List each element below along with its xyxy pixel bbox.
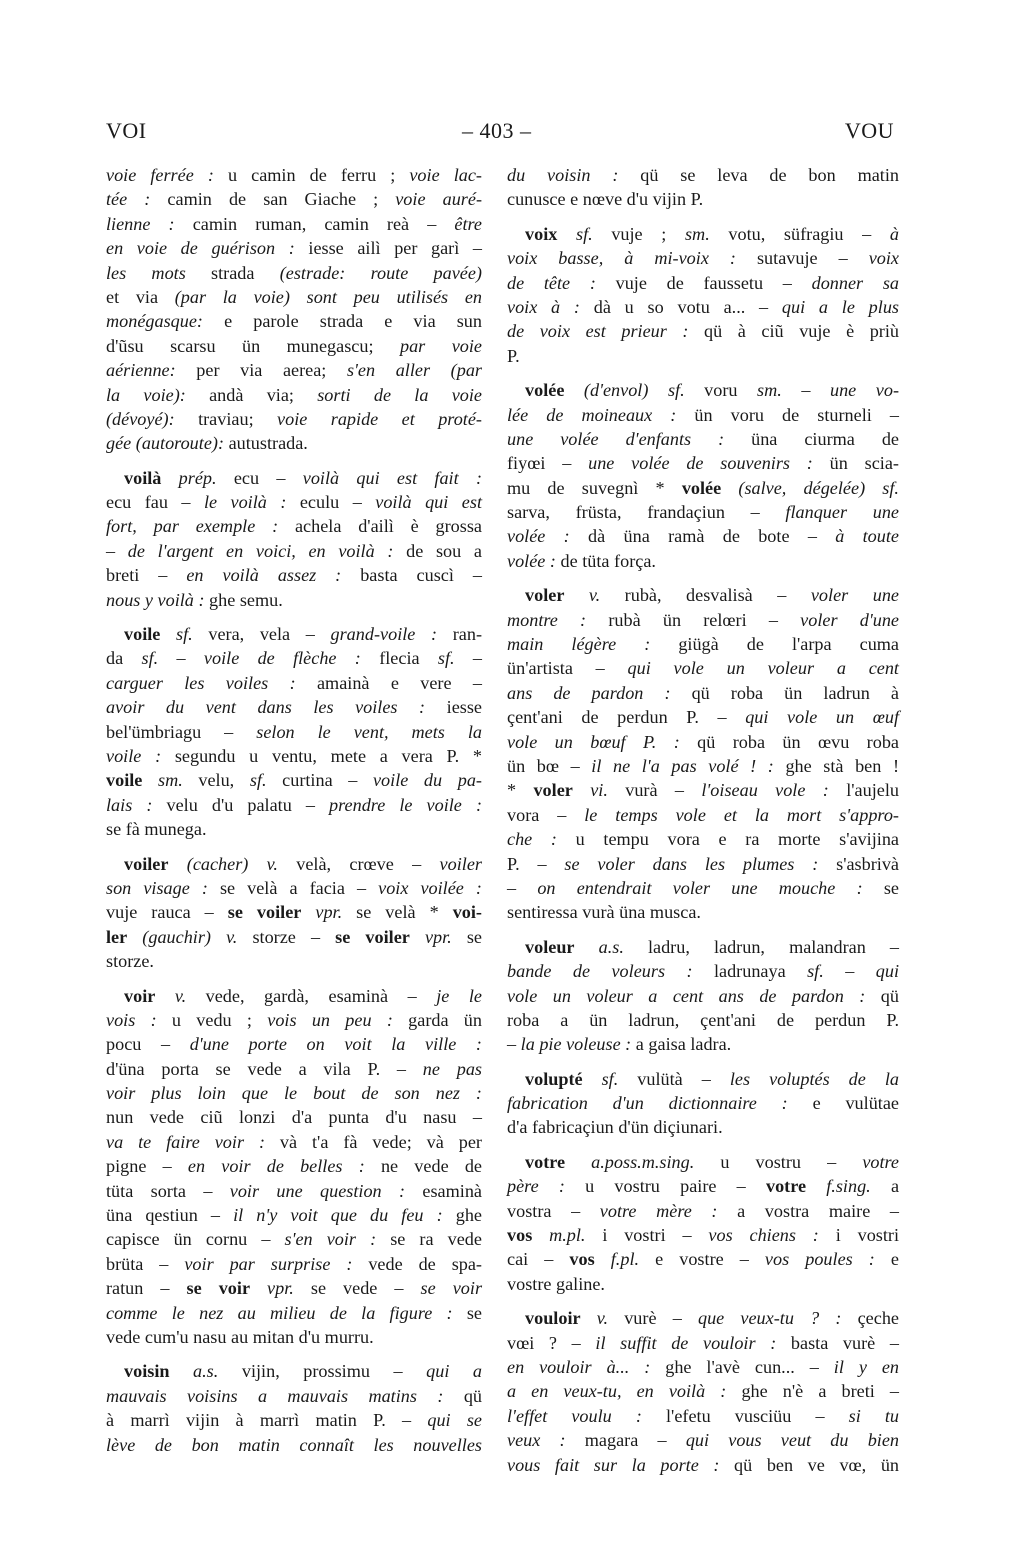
italic-text: voile du pa- (373, 770, 482, 790)
italic-text: vos poules : (765, 1249, 875, 1269)
text-line: da sf. – voile de flèche : flecia sf. – (106, 646, 482, 670)
italic-text: du voisin : (507, 165, 618, 185)
headword: volée (525, 380, 564, 400)
italic-text: de voix est prieur : (507, 321, 688, 341)
text-line: vede cum'u nasu au mitan d'u murru. (106, 1325, 482, 1349)
text-line: pocu – d'une porte on voit la ville : (106, 1032, 482, 1056)
text: ün voru de sturneli – (676, 405, 899, 425)
italic-text: vole un voleur a cent ans de pardon : (507, 986, 865, 1006)
text: eculu – (286, 492, 375, 512)
italic-text: voir plus loin que le bout de son nez : (106, 1083, 482, 1103)
italic-text: d'une porte on voit la ville : (190, 1034, 482, 1054)
italic-text: être (454, 214, 482, 234)
text: se (863, 878, 899, 898)
text-line: main légère : giügà de l'arpa cuma (507, 632, 899, 656)
italic-text: vos chiens : (708, 1225, 818, 1245)
text: vostre galine. (507, 1274, 605, 1294)
text-line: bande de voleurs : ladrunaya sf. – qui (507, 959, 899, 983)
text-line: lais : velu d'u palatu – prendre le voil… (106, 793, 482, 817)
headword: ler (106, 927, 127, 947)
italic-text: en voie de guérison : (106, 238, 295, 258)
italic-text: l'oiseau vole : (701, 780, 829, 800)
text: – (455, 648, 482, 668)
text-line: d'üna porta se vede a vila P. – ne pas (106, 1057, 482, 1081)
italic-text: volée : (507, 526, 570, 546)
italic-text: (estrade: route pavée) (280, 263, 482, 283)
text: vede, gardà, esaminà – (186, 986, 436, 1006)
italic-text: voix voilée : (378, 878, 482, 898)
italic-text: v. (564, 585, 600, 605)
text-line: nous y voilà : ghe semu. (106, 588, 482, 612)
text-line: voix basse, à mi-voix : sutavuje – voix (507, 246, 899, 270)
text: roba a ün ladrun, çent'ani de perdun P. (507, 1010, 899, 1030)
text: d'ũsu scarsu ün munegascu; (106, 336, 400, 356)
text-line: vostre galine. (507, 1272, 899, 1296)
italic-text: (dévoyé): (106, 409, 175, 429)
text-line: se fà munega. (106, 817, 482, 841)
text: se ra vede (376, 1229, 482, 1249)
italic-text: nous y voilà : (106, 590, 205, 610)
text-line: – on entendrait voler une mouche : se (507, 876, 899, 900)
headword: vouloir (525, 1308, 581, 1328)
text-line: va te faire voir : và t'a fà vede; và pe… (106, 1130, 482, 1154)
text: a (871, 1176, 899, 1196)
text-line: voile : segundu u ventu, mete a vera P. … (106, 744, 482, 768)
text: amainà e vere – (296, 673, 482, 693)
italic-text: ne pas (423, 1059, 482, 1079)
text-line: voir plus loin que le bout de son nez : (106, 1081, 482, 1105)
text: qü roba ün œvu roba (680, 732, 899, 752)
italic-text: a.s. (170, 1361, 219, 1381)
text: dà u so votu a... – (580, 297, 782, 317)
italic-text: voile de flèche : (204, 648, 361, 668)
text-line: P. (507, 344, 899, 368)
text: brüta – (106, 1254, 184, 1274)
text-line: lève de bon matin connaît les nouvelles (106, 1433, 482, 1457)
text: üna qestiun – (106, 1205, 233, 1225)
headword: voler (533, 780, 572, 800)
text: fiyœi – (507, 453, 588, 473)
text-line: lée de moineaux : ün voru de sturneli – (507, 403, 899, 427)
text: – (782, 380, 830, 400)
text: per via aerea; (176, 360, 347, 380)
text: sentiressa vurà üna musca. (507, 902, 701, 922)
text: dà üna ramà de bote – (570, 526, 836, 546)
text: và t'a fà vede; và per (265, 1132, 482, 1152)
text: u vostru paire – (565, 1176, 766, 1196)
text: e (875, 1249, 899, 1269)
text: da (106, 648, 142, 668)
italic-text: lée de moineaux : (507, 405, 676, 425)
headword: voilà (124, 468, 161, 488)
text: – (824, 961, 876, 981)
text: se velà * (342, 902, 453, 922)
text: ün scia- (813, 453, 899, 473)
italic-text: vois : (106, 1010, 157, 1030)
italic-text: sm. (685, 224, 710, 244)
text-line: vois : u vedu ; vois un peu : garda ün (106, 1008, 482, 1032)
text: qü (443, 1386, 482, 1406)
italic-text: sm. (757, 380, 782, 400)
italic-text: (d'envol) sf. (564, 380, 684, 400)
text: u vostru – (694, 1152, 862, 1172)
text-line: mauvais voisins a mauvais matins : qü (106, 1384, 482, 1408)
italic-text: v. (155, 986, 186, 1006)
text: s'asbrivà (818, 854, 899, 874)
italic-text: son visage : (106, 878, 208, 898)
text-line: avoir du vent dans les voiles : iesse (106, 695, 482, 719)
entry-headline: voler v. rubà, desvalisà – voler une (507, 583, 899, 607)
italic-text: en voir de belles : (188, 1156, 365, 1176)
text: e vulütae (788, 1093, 899, 1113)
italic-text: voie ferrée : (106, 165, 214, 185)
text-line: volée : de tüta força. (507, 549, 899, 573)
text-line: vous fait sur la porte : qü ben ve vœ, ü… (507, 1453, 899, 1477)
text: ladru, ladrun, malandran – (624, 937, 899, 957)
text: flecia (361, 648, 438, 668)
italic-text: aérienne: (106, 360, 176, 380)
text: vera, vela – (193, 624, 331, 644)
italic-text: se voler dans les plumes : (564, 854, 818, 874)
italic-text: il y en (834, 1357, 899, 1377)
text: vuje ; (593, 224, 685, 244)
text: iesse (425, 697, 482, 717)
text: pocu – (106, 1034, 190, 1054)
italic-text: carguer les voiles : (106, 673, 296, 693)
headword: volupté (525, 1069, 583, 1089)
italic-text: lais : (106, 795, 152, 815)
headword: voler (525, 585, 564, 605)
text: ecu – (217, 468, 303, 488)
text-line: voie ferrée : u camin de ferru ; voie la… (106, 163, 482, 187)
text: velu, (183, 770, 250, 790)
italic-text: en vouloir à... : (507, 1357, 650, 1377)
headword: vos (569, 1249, 594, 1269)
entry-headline: vouloir v. vurè – que veux-tu ? : çeche (507, 1306, 899, 1330)
text: traviau; (175, 409, 277, 429)
italic-text: l'effet voulu : (507, 1406, 642, 1426)
text: breti – (106, 565, 186, 585)
text-line: ün'artista – qui vole un voleur a cent (507, 656, 899, 680)
left-column: voie ferrée : u camin de ferru ; voie la… (106, 163, 482, 1457)
italic-text: je le (436, 986, 482, 1006)
headword: se voiler (335, 927, 410, 947)
italic-text: avoir du vent dans les voiles : (106, 697, 425, 717)
text-line: brüta – voir par surprise : vede de spa- (106, 1252, 482, 1276)
text: camin ruman, camin reà – (175, 214, 455, 234)
text: d'üna porta se vede a vila P. – (106, 1059, 423, 1079)
text: cai – (507, 1249, 569, 1269)
italic-text: la voie): (106, 385, 186, 405)
entry-headline: voir v. vede, gardà, esaminà – je le (106, 984, 482, 1008)
text: storze. (106, 951, 154, 971)
text: vijin, prossimu – (218, 1361, 426, 1381)
text-line: fort, par exemple : achela d'ailì è gros… (106, 514, 482, 538)
text-line: nun vede ciũ lonzi d'a punta d'u nasu – (106, 1105, 482, 1129)
italic-text: voile : (106, 746, 161, 766)
text: qü se leva de bon matin (618, 165, 899, 185)
headword: voile (106, 770, 142, 790)
text: basta cuscì – (341, 565, 482, 585)
italic-text: a.s. (575, 937, 624, 957)
running-head-right: VOU (845, 118, 894, 144)
text-line: capisce ün cornu – s'en voir : se ra ved… (106, 1227, 482, 1251)
text-line: P. – se voler dans les plumes : s'asbriv… (507, 852, 899, 876)
italic-text: voilà qui est fait : (303, 468, 482, 488)
text-line: une volée d'enfants : üna ciurma de (507, 427, 899, 451)
text: üna ciurma de (724, 429, 899, 449)
text-line: vole un bœuf P. : qü roba ün œvu roba (507, 730, 899, 754)
text-line: (dévoyé): traviau; voie rapide et proté- (106, 407, 482, 431)
italic-text: voie lac- (409, 165, 482, 185)
text: cunusce e nœve d'u vijin P. (507, 189, 703, 209)
headword: votre (766, 1176, 806, 1196)
text-line: en voie de guérison : iesse ailì per gar… (106, 236, 482, 260)
text-line: fabrication d'un dictionnaire : e vulüta… (507, 1091, 899, 1115)
text-line: les mots strada (estrade: route pavée) (106, 261, 482, 285)
text-line: che : u tempu vora e ra morte s'avijina (507, 827, 899, 851)
text-line: cai – vos f.pl. e vostre – vos poules : … (507, 1247, 899, 1271)
italic-text: qui a le plus (782, 297, 899, 317)
text: votu, süfragiu – (710, 224, 890, 244)
headword: voleur (525, 937, 575, 957)
text: basta vurè – (776, 1333, 899, 1353)
italic-text: che : (507, 829, 557, 849)
text: nun vede ciũ lonzi d'a punta d'u nasu – (106, 1107, 482, 1127)
text-line: monégasque: e parole strada e via sun (106, 309, 482, 333)
text: velu d'u palatu – (152, 795, 329, 815)
entry-headline: voleur a.s. ladru, ladrun, malandran – (507, 935, 899, 959)
italic-text: sf. (438, 648, 455, 668)
italic-text: il suffit de vouloir : (595, 1333, 776, 1353)
italic-text: vois un peu : (267, 1010, 393, 1030)
italic-text: selon le vent, mets la (256, 722, 482, 742)
italic-text: (cacher) v. (168, 854, 277, 874)
italic-text: la pie voleuse : (521, 1034, 632, 1054)
text-line: gée (autoroute): autustrada. (106, 431, 482, 455)
text-line: ler (gauchir) v. storze – se voiler vpr.… (106, 925, 482, 949)
italic-text: voix (869, 248, 899, 268)
text: vuje rauca – (106, 902, 228, 922)
text-line: volée : dà üna ramà de bote – à toute (507, 524, 899, 548)
italic-text: voie auré- (395, 189, 482, 209)
text-line: carguer les voiles : amainà e vere – (106, 671, 482, 695)
italic-text: va te faire voir : (106, 1132, 265, 1152)
italic-text: (par la voie) sont peu utilisés en (175, 287, 482, 307)
italic-text: par voie (400, 336, 482, 356)
text-line: père : u vostru paire – votre f.sing. a (507, 1174, 899, 1198)
text: achela d'ailì è grossa (278, 516, 482, 536)
italic-text: voir par surprise : (184, 1254, 352, 1274)
text-line: voile sm. velu, sf. curtina – voile du p… (106, 768, 482, 792)
text: e vostre – (639, 1249, 765, 1269)
text-line: vuje rauca – se voiler vpr. se velà * vo… (106, 900, 482, 924)
text-line: la voie): andà via; sorti de la voie (106, 383, 482, 407)
text-line: de tête : vuje de faussetu – donner sa (507, 271, 899, 295)
text-line: de voix est prieur : qü à ciũ vuje è pri… (507, 319, 899, 343)
entry-headline: votre a.poss.m.sing. u vostru – votre (507, 1150, 899, 1174)
text: – (507, 1034, 521, 1054)
text: i vostri – (585, 1225, 708, 1245)
text: de sou a (393, 541, 482, 561)
text-line: mu de suvegnì * volée (salve, dégelée) s… (507, 476, 899, 500)
text: se (452, 927, 482, 947)
entry-headline: voile sf. vera, vela – grand-voile : ran… (106, 622, 482, 646)
text: strada (186, 263, 280, 283)
italic-text: vole un bœuf P. : (507, 732, 680, 752)
italic-text: mauvais voisins a mauvais matins : (106, 1386, 443, 1406)
italic-text: les mots (106, 263, 186, 283)
entry-headline: voiler (cacher) v. velà, crœve – voiler (106, 852, 482, 876)
text: vœi ? – (507, 1333, 595, 1353)
text: vuje de faussetu – (596, 273, 812, 293)
text: l'aujelu (829, 780, 899, 800)
text-line: tée : camin de san Giache ; voie auré- (106, 187, 482, 211)
italic-text: père : (507, 1176, 565, 1196)
dictionary-page: VOI – 403 – VOU voie ferrée : u camin de… (0, 0, 1024, 1566)
italic-text: votre mère : (600, 1201, 718, 1221)
text-line: ans de pardon : qü roba ün ladrun à (507, 681, 899, 705)
text-line: roba a ün ladrun, çent'ani de perdun P. (507, 1008, 899, 1032)
right-column: du voisin : qü se leva de bon matincunus… (507, 163, 899, 1477)
italic-text: qui a (426, 1361, 482, 1381)
text: qü ben ve vœ, ün (719, 1455, 899, 1475)
text: mu de suvegnì * (507, 478, 682, 498)
text: ün'artista – (507, 658, 628, 678)
italic-text: qui vous veut du bien (686, 1430, 899, 1450)
text: * (507, 780, 533, 800)
italic-text: voie rapide et proté- (277, 409, 482, 429)
italic-text: les voluptés de la (730, 1069, 899, 1089)
text: se velà a facia – (208, 878, 378, 898)
italic-text: le temps vole et la mort s'appro- (584, 805, 899, 825)
text-line: vole un voleur a cent ans de pardon : qü (507, 984, 899, 1008)
entry-headline: voix sf. vuje ; sm. votu, süfragiu – à (507, 222, 899, 246)
text: segundu u ventu, mete a vera P. * (161, 746, 482, 766)
italic-text: sf. (160, 624, 192, 644)
text: se vede – (294, 1278, 421, 1298)
text-line: ecu fau – le voilà : eculu – voilà qui e… (106, 490, 482, 514)
text: P. – (507, 854, 564, 874)
entry-headline: voisin a.s. vijin, prossimu – qui a (106, 1359, 482, 1383)
text: d'a fabricaçiun d'ün diçiunari. (507, 1117, 723, 1137)
italic-text: qui vole un voleur a cent (628, 658, 899, 678)
text: ghe (443, 1205, 482, 1225)
entry-headline: volée (d'envol) sf. voru sm. – une vo- (507, 378, 899, 402)
text-line: à marrì vijin à marrì matin P. – qui se (106, 1408, 482, 1432)
text: vora – (507, 805, 584, 825)
italic-text: lienne : (106, 214, 175, 234)
italic-text: donner sa (812, 273, 899, 293)
italic-text: le voilà : (204, 492, 286, 512)
italic-text: f.sing. (806, 1176, 871, 1196)
text-line: veux : magara – qui vous veut du bien (507, 1428, 899, 1452)
text-line: aérienne: per via aerea; s'en aller (par (106, 358, 482, 382)
text: giügà de l'arpa cuma (650, 634, 899, 654)
italic-text: comme le nez au milieu de la figure : (106, 1303, 453, 1323)
italic-text: a en veux-tu, en voilà : (507, 1381, 726, 1401)
page-number: – 403 – (462, 118, 532, 144)
text-line: son visage : se velà a facia – voix voil… (106, 876, 482, 900)
italic-text: sm. (142, 770, 182, 790)
italic-text: voir une question : (230, 1181, 405, 1201)
text: esaminà (405, 1181, 482, 1201)
text-line: vos m.pl. i vostri – vos chiens : i vost… (507, 1223, 899, 1247)
italic-text: voiler (440, 854, 482, 874)
italic-text: à toute (835, 526, 899, 546)
text: ghe semu. (205, 590, 283, 610)
italic-text: f.pl. (595, 1249, 639, 1269)
italic-text: montre : (507, 610, 586, 630)
text-line: vora – le temps vole et la mort s'appro- (507, 803, 899, 827)
italic-text: qui (876, 961, 899, 981)
italic-text: bande de voleurs : (507, 961, 693, 981)
italic-text: votre (862, 1152, 899, 1172)
text: ne vede de (365, 1156, 482, 1176)
italic-text: fabrication d'un dictionnaire : (507, 1093, 788, 1113)
text-line: fiyœi – une volée de souvenirs : ün scia… (507, 451, 899, 475)
italic-text: on entendrait voler une mouche : (537, 878, 862, 898)
text-line: çent'ani de perdun P. – qui vole un œuf (507, 705, 899, 729)
headword: vos (507, 1225, 532, 1245)
entry-headline: voilà prép. ecu – voilà qui est fait : (106, 466, 482, 490)
italic-text: veux : (507, 1430, 566, 1450)
text: çent'ani de perdun P. – (507, 707, 745, 727)
italic-text: de tête : (507, 273, 596, 293)
text: se fà munega. (106, 819, 207, 839)
italic-text: voix à : (507, 297, 580, 317)
text: l'efetu vusciüu – (642, 1406, 849, 1426)
text: u camin de ferru ; (214, 165, 409, 185)
headword: voix (525, 224, 557, 244)
text: ratun – (106, 1278, 187, 1298)
text-line: d'a fabricaçiun d'ün diçiunari. (507, 1115, 899, 1139)
entry-headline: volupté sf. vulütà – les voluptés de la (507, 1067, 899, 1091)
italic-text: voilà qui est (375, 492, 482, 512)
italic-text: si tu (849, 1406, 899, 1426)
text: pigne – (106, 1156, 188, 1176)
italic-text: ans de pardon : (507, 683, 671, 703)
text: u vedu ; (157, 1010, 268, 1030)
italic-text: une volée de souvenirs : (588, 453, 813, 473)
text-line: du voisin : qü se leva de bon matin (507, 163, 899, 187)
text: curtina – (267, 770, 373, 790)
text: çeche (841, 1308, 899, 1328)
italic-text: à (890, 224, 899, 244)
text-line: comme le nez au milieu de la figure : se (106, 1301, 482, 1325)
text: ran- (437, 624, 482, 644)
italic-text: a.poss.m.sing. (565, 1152, 694, 1172)
text: camin de san Giache ; (150, 189, 395, 209)
text-line: breti – en voilà assez : basta cuscì – (106, 563, 482, 587)
italic-text: flanquer une (785, 502, 899, 522)
text: garda ün (393, 1010, 482, 1030)
text: qü (865, 986, 899, 1006)
italic-text: voler d'une (800, 610, 899, 630)
italic-text: main légère : (507, 634, 650, 654)
italic-text: m.pl. (532, 1225, 585, 1245)
italic-text: monégasque: (106, 311, 203, 331)
text: vulütà – (618, 1069, 730, 1089)
text: ün bœ – (507, 756, 591, 776)
headword: volée (682, 478, 721, 498)
text-line: * voler vi. vurà – l'oiseau vole : l'auj… (507, 778, 899, 802)
italic-text: sf. (557, 224, 592, 244)
text-line: sentiressa vurà üna musca. (507, 900, 899, 924)
italic-text: v. (581, 1308, 608, 1328)
text-line: en vouloir à... : ghe l'avè cun... – il … (507, 1355, 899, 1379)
text-line: l'effet voulu : l'efetu vusciüu – si tu (507, 1404, 899, 1428)
